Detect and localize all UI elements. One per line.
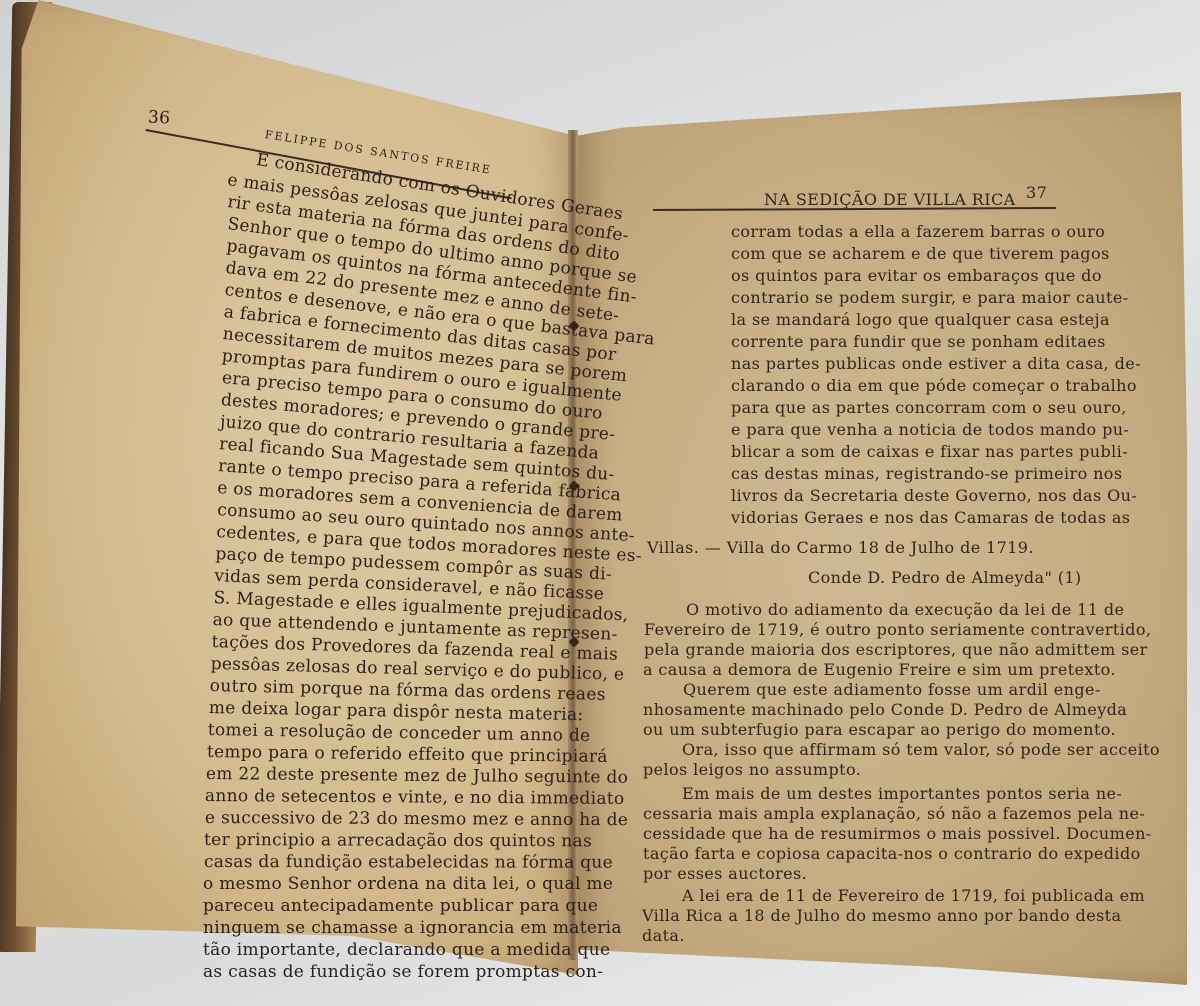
- page-number-left: 36: [147, 107, 170, 128]
- text-line: pela grande maioria dos escriptores, que…: [644, 640, 1148, 659]
- text-line: livros da Secretaria deste Governo, nos …: [731, 486, 1137, 505]
- text-line: blicar a som de caixas e fixar nas parte…: [731, 442, 1128, 461]
- text-line: A lei era de 11 de Fevereiro de 1719, fo…: [682, 886, 1145, 905]
- dateline: Villas. — Villa do Carmo 18 de Julho de …: [647, 538, 1034, 557]
- text-line: O motivo do adiamento da execução da lei…: [686, 600, 1124, 619]
- text-line: e para que venha a noticia de todos mand…: [731, 420, 1129, 439]
- page-number-right: 37: [1026, 183, 1047, 202]
- text-line: tação farta e copiosa capacita-nos o con…: [643, 844, 1141, 863]
- text-line: por esses auctores.: [643, 864, 807, 883]
- text-line: o mesmo Senhor ordena na dita lei, o qua…: [203, 874, 613, 894]
- text-line: ter principio a arrecadação dos quintos …: [204, 830, 592, 851]
- text-line: Em mais de um destes importantes pontos …: [682, 784, 1122, 803]
- text-line: as casas de fundição se forem promptas c…: [203, 962, 603, 982]
- text-line: pelos leigos no assumpto.: [643, 760, 861, 779]
- text-line: em 22 deste presente mez de Julho seguin…: [206, 764, 628, 788]
- text-line: para que as partes concorram com o seu o…: [731, 398, 1127, 417]
- text-line: corrente para fundir que se ponham edita…: [731, 332, 1106, 351]
- text-line: Villa Rica a 18 de Julho do mesmo anno p…: [642, 906, 1121, 925]
- text-line: ninguem se chamasse a ignorancia em mate…: [203, 918, 622, 938]
- text-line: vidorias Geraes e nos das Camaras de tod…: [731, 508, 1130, 527]
- text-line: cessidade que ha de resumirmos o mais po…: [643, 824, 1152, 843]
- text-line: la se mandará logo que qualquer casa est…: [731, 310, 1110, 329]
- text-line: casas da fundição estabelecidas na fórma…: [204, 852, 613, 873]
- book-photo: 36 FELIPPE DOS SANTOS FREIRE E considera…: [0, 0, 1200, 1006]
- text-line: pareceu antecipadamente publicar para qu…: [203, 896, 598, 916]
- text-line: nhosamente machinado pelo Conde D. Pedro…: [643, 700, 1127, 719]
- text-line: ou um subterfugio para escapar ao perigo…: [643, 720, 1116, 739]
- text-line: anno de setecentos e vinte, e no dia imm…: [205, 786, 625, 809]
- text-line: nas partes publicas onde estiver a dita …: [731, 354, 1141, 373]
- text-line: os quintos para evitar os embaraços que …: [731, 266, 1102, 285]
- text-line: Querem que este adiamento fosse um ardil…: [683, 680, 1101, 699]
- text-line: corram todas a ella a fazerem barras o o…: [731, 222, 1105, 241]
- text-line: Ora, isso que affirmam só tem valor, só …: [682, 740, 1160, 759]
- signature: Conde D. Pedro de Almeyda" (1): [808, 568, 1082, 587]
- text-line: e successivo de 23 do mesmo mez e anno h…: [205, 808, 628, 830]
- text-line: com que se acharem e de que tiverem pago…: [731, 244, 1110, 263]
- text-line: Fevereiro de 1719, é outro ponto seriame…: [644, 620, 1151, 639]
- text-line: contrario se podem surgir, e para maior …: [731, 288, 1129, 307]
- text-line: tão importante, declarando que a medida …: [203, 940, 610, 960]
- text-line: a causa a demora de Eugenio Freire e sim…: [643, 660, 1116, 679]
- text-line: clarando o dia em que póde começar o tra…: [731, 376, 1137, 395]
- text-line: cas destas minas, registrando-se primeir…: [731, 464, 1122, 483]
- text-line: cessaria mais ampla explanação, só não a…: [643, 804, 1145, 823]
- text-line: data.: [642, 926, 685, 945]
- running-head-right: NA SEDIÇÃO DE VILLA RICA: [764, 190, 1016, 209]
